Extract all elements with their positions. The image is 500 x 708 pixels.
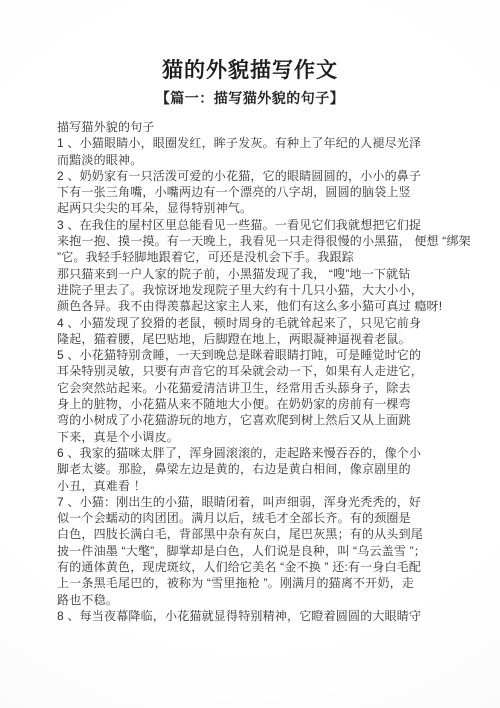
body-line: 披一件油墨 “大氅”，脚掌却是白色，人们说是良种，叫 “乌云盖雪 ”；: [57, 543, 470, 559]
body-line: 下有一张三角嘴，小嘴两边有一个漂亮的八字胡，圆圆的脑袋上竖: [57, 184, 470, 200]
section-heading: 【篇一：描写猫外貌的句子】: [0, 90, 500, 107]
body-line: 下来，真是个小调皮。: [57, 429, 470, 445]
body-line: 小丑，真难看 ！: [57, 478, 470, 494]
body-line: 隆起，猫着腰，尾巴贴地，后脚蹬在地上，两眼凝神逼视着老鼠。: [57, 331, 470, 347]
body-line: 7 、小猫：刚出生的小猫，眼睛闭着，叫声细弱，浑身光秃秃的，好: [57, 494, 470, 510]
body-line: ”它。我轻手轻脚地跟着它，可还是没机会下手。我跟踪: [57, 249, 470, 265]
document-page: 猫的外貌描写作文 【篇一：描写猫外貌的句子】 描写猫外貌的句子1 、小猫眼睛小，…: [0, 0, 500, 708]
document-body: 描写猫外貌的句子1 、小猫眼睛小，眼圈发红，眸子发灰。有种上了年纪的人褪尽光泽而…: [0, 119, 500, 624]
body-line: 白色，四肢长满白毛，背部黑中杂有灰白，尾巴灰黑；有的从头到尾: [57, 526, 470, 542]
page-title: 猫的外貌描写作文: [0, 58, 500, 83]
body-line: 脚老太婆。那脸，鼻梁左边是黄的，右边是黄白相间，像京剧里的: [57, 461, 470, 477]
body-line: 2 、奶奶家有一只活泼可爱的小花猫，它的眼睛圆圆的，小小的鼻子: [57, 168, 470, 184]
body-line: 4 、小猫发现了狡猾的老鼠，顿时周身的毛就耸起来了，只见它前身: [57, 315, 470, 331]
body-line: 有的通体黄色，现虎斑纹，人们给它美名 “金不换 ” 还:有一身白毛配: [57, 559, 470, 575]
body-line: 5 、小花猫特别贪睡，一天到晚总是眯着眼睛打盹，可是睡觉时它的: [57, 347, 470, 363]
body-line: 上一条黑毛尾巴的，被称为 “雪里拖枪 ”。刚满月的猫离不开奶，走: [57, 575, 470, 591]
body-line: 8 、每当夜幕降临，小花猫就显得特别精神，它瞪着圆圆的大眼睛守: [57, 608, 470, 624]
body-line: 弯的小树成了小花猫游玩的地方，它喜欢爬到树上然后又从上面跳: [57, 412, 470, 428]
body-line: 1 、小猫眼睛小，眼圈发红，眸子发灰。有种上了年纪的人褪尽光泽: [57, 135, 470, 151]
body-line: 来抱一抱、摸一摸。有一天晚上，我看见一只走得很慢的小黑猫， 便想 “绑架: [57, 233, 470, 249]
body-line: 路也不稳。: [57, 592, 470, 608]
body-line: 3 、在我住的屋村区里总能看见一些猫。一看见它们我就想把它们捉: [57, 217, 470, 233]
body-line: 似一个会蠕动的肉团团。满月以后，绒毛才全部长齐。有的颈圈是: [57, 510, 470, 526]
body-line: 进院子里去了。我惊讶地发现院子里大约有十几只小猫，大大小小，: [57, 282, 470, 298]
body-line: 它会突然站起来。小花猫爱清洁讲卫生，经常用舌头舔身子，除去: [57, 380, 470, 396]
body-line: 颜色各异。我不由得羡慕起这家主人来，他们有这么多小猫可真过 瘾呀!: [57, 298, 470, 314]
body-line: 起两只尖尖的耳朵，显得特别神气。: [57, 200, 470, 216]
body-line: 6 、我家的猫咪太胖了，浑身圆滚滚的，走起路来慢吞吞的，像个小: [57, 445, 470, 461]
body-line: 那只猫来到一户人家的院子前，小黑猫发现了我， “嗖”地一下就钻: [57, 266, 470, 282]
body-line: 耳朵特别灵敏，只要有声音它的耳朵就会动一下，如果有人走进它，: [57, 363, 470, 379]
body-line: 身上的脏物，小花猫从来不随地大小便。在奶奶家的房前有一棵弯: [57, 396, 470, 412]
body-line: 描写猫外貌的句子: [57, 119, 470, 135]
body-line: 而黯淡的眼神。: [57, 152, 470, 168]
